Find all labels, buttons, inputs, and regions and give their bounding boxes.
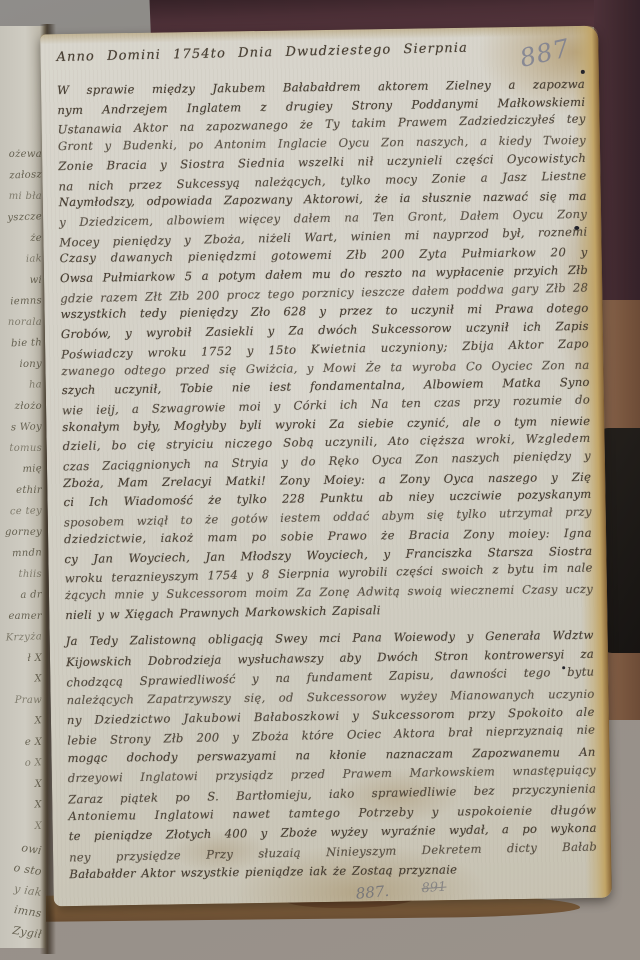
facing-page-fragment: norala — [0, 312, 42, 333]
facing-page-fragment: mię — [0, 458, 42, 480]
facing-page-fragment: Praw — [0, 690, 42, 711]
facing-page-fragment: ethir — [0, 480, 42, 501]
facing-page-fragment: iak — [0, 248, 42, 270]
paragraph-1: W sprawie między Jakubem Bałabałdrem akt… — [57, 74, 593, 625]
facing-page-fragment: X — [0, 668, 42, 690]
facing-page-text-fragments: ożewazałoszmi błayszczeżeiakwiiemnsnoral… — [0, 144, 42, 942]
facing-page-fragment: ha — [0, 374, 42, 396]
facing-page-fragment: tomus — [0, 438, 42, 459]
facing-page-fragment: X — [0, 774, 42, 795]
manuscript-page: Anno Domini 1754to Dnia Dwudziestego Sie… — [40, 26, 612, 907]
facing-page-fragment: eamer — [0, 606, 42, 627]
facing-page-fragment: gorney — [0, 522, 42, 543]
facing-page-fragment: ożewa — [0, 144, 42, 165]
facing-page-fragment: że — [0, 228, 42, 249]
page-number-bottom-struck: 891 — [421, 879, 447, 896]
facing-page-fragment: Krzyża — [0, 626, 42, 648]
facing-page-fragment: a dr — [0, 584, 42, 606]
facing-page-fragment: X — [0, 710, 42, 732]
facing-page-fragment: załosz — [0, 164, 42, 186]
facing-page-fragment: złożo — [0, 396, 42, 417]
facing-page-fragment: ce tey — [0, 500, 42, 522]
manuscript-photo: ożewazałoszmi błayszczeżeiakwiiemnsnoral… — [0, 0, 640, 960]
facing-page-fragment: wi — [0, 270, 42, 291]
facing-page-fragment: X — [0, 794, 42, 816]
facing-page-fragment: ł X — [0, 648, 42, 669]
facing-page-fragment: mi bła — [0, 186, 42, 207]
facing-page-fragment: yszcze — [0, 206, 42, 228]
facing-page-fragment: mndn — [0, 542, 42, 564]
facing-page-fragment: o X — [0, 752, 42, 774]
handwritten-content: Anno Domini 1754to Dnia Dwudziestego Sie… — [56, 40, 598, 918]
paragraph-2: Ja Tedy Zalistowną obligacją Swey mci Pa… — [66, 625, 598, 886]
facing-page-fragment: bie th — [0, 332, 42, 354]
facing-page-fragment: s Woy — [0, 416, 42, 438]
page-number-bottom-pencil: 887. — [355, 882, 390, 903]
facing-page-fragment: thiis — [0, 564, 42, 585]
facing-page-fragment: iony — [0, 354, 42, 375]
facing-page-fragment: e X — [0, 732, 42, 753]
facing-page-fragment: iemns — [0, 290, 42, 312]
